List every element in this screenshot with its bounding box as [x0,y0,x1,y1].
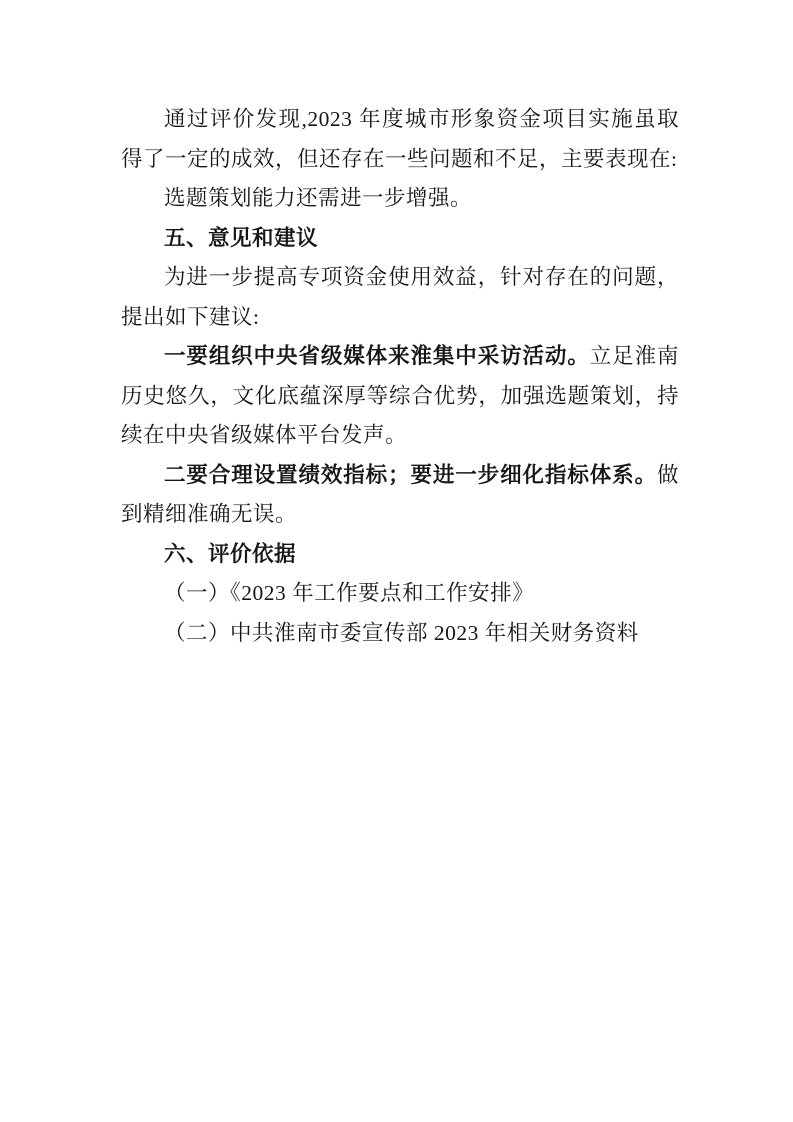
text-run: （二）中共淮南市委宣传部 2023 年相关财务资料 [164,621,639,645]
bold-text-run: 一要组织中央省级媒体来淮集中采访活动。 [164,344,590,368]
bold-text-run: 六、评价依据 [164,542,296,566]
paragraph: 一要组织中央省级媒体来淮集中采访活动。立足淮南历史悠久，文化底蕴深厚等综合优势，… [121,337,679,456]
paragraph: 选题策划能力还需进一步增强。 [121,179,679,219]
paragraph: 通过评价发现,2023 年度城市形象资金项目实施虽取得了一定的成效，但还存在一些… [121,100,679,179]
section-heading: 五、意见和建议 [121,219,679,259]
bold-text-run: 二要合理设置绩效指标；要进一步细化指标体系。 [164,463,657,487]
paragraph: （二）中共淮南市委宣传部 2023 年相关财务资料 [121,614,679,654]
paragraph: 二要合理设置绩效指标；要进一步细化指标体系。做到精细准确无误。 [121,456,679,535]
text-run: 为进一步提高专项资金使用效益，针对存在的问题，提出如下建议: [121,265,679,329]
document-page: 通过评价发现,2023 年度城市形象资金项目实施虽取得了一定的成效，但还存在一些… [0,0,793,1122]
section-heading: 六、评价依据 [121,535,679,575]
text-run: （一）《2023 年工作要点和工作安排》 [164,581,534,605]
paragraph: 为进一步提高专项资金使用效益，针对存在的问题，提出如下建议: [121,258,679,337]
text-run: 通过评价发现,2023 年度城市形象资金项目实施虽取得了一定的成效，但还存在一些… [121,107,679,171]
paragraph: （一）《2023 年工作要点和工作安排》 [121,574,679,614]
bold-text-run: 五、意见和建议 [164,226,318,250]
document-body: 通过评价发现,2023 年度城市形象资金项目实施虽取得了一定的成效，但还存在一些… [121,100,679,653]
text-run: 选题策划能力还需进一步增强。 [164,186,472,210]
